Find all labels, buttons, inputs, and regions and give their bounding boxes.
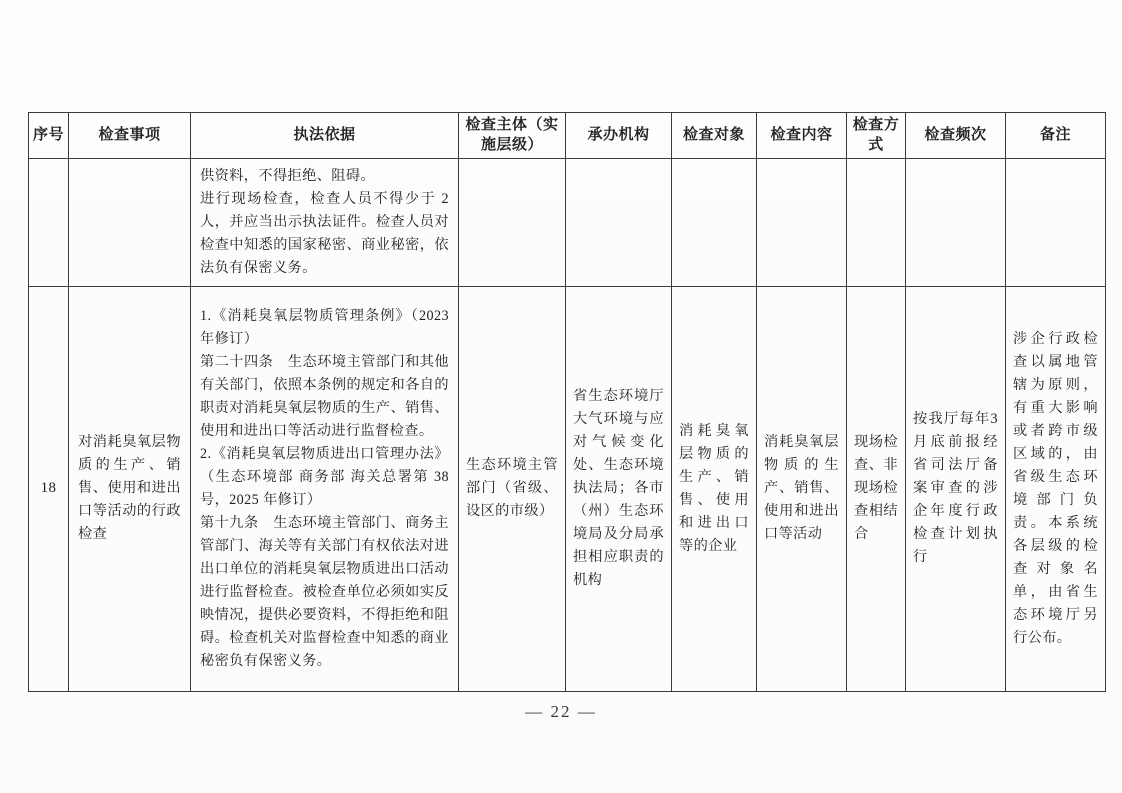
column-header-seq: 序号 — [29, 113, 69, 159]
cell-seq: 18 — [29, 286, 69, 691]
table-row-continuation: 供资料，不得拒绝、阻碍。 进行现场检查，检查人员不得少于 2 人，并应当出示执法… — [29, 158, 1106, 286]
cell-item: 对消耗臭氧层物质的生产、销售、使用和进出口等活动的行政检查 — [69, 286, 191, 691]
column-header-content: 检查内容 — [757, 113, 847, 159]
cell-basis: 1.《消耗臭氧层物质管理条例》（2023年修订） 第二十四条 生态环境主管部门和… — [191, 286, 459, 691]
cell-item — [69, 158, 191, 286]
cell-frequency — [906, 158, 1006, 286]
cell-subject: 生态环境主管部门（省级、设区的市级） — [459, 286, 566, 691]
cell-target — [672, 158, 757, 286]
inspection-items-table: 序号 检查事项 执法依据 检查主体（实施层级） 承办机构 检查对象 检查内容 检… — [28, 112, 1106, 692]
column-header-target: 检查对象 — [672, 113, 757, 159]
table-header-row: 序号 检查事项 执法依据 检查主体（实施层级） 承办机构 检查对象 检查内容 检… — [29, 113, 1106, 159]
table-row-18: 18 对消耗臭氧层物质的生产、销售、使用和进出口等活动的行政检查 1.《消耗臭氧… — [29, 286, 1106, 691]
cell-basis: 供资料，不得拒绝、阻碍。 进行现场检查，检查人员不得少于 2 人，并应当出示执法… — [191, 158, 459, 286]
cell-frequency: 按我厅每年3月底前报经省司法厅备案审查的涉企年度行政检查计划执行 — [906, 286, 1006, 691]
cell-method: 现场检查、非现场检查相结合 — [847, 286, 906, 691]
cell-notes: 涉企行政检查以属地管辖为原则，有重大影响或者跨市级区域的，由省级生态环境部门负责… — [1006, 286, 1106, 691]
column-header-basis: 执法依据 — [191, 113, 459, 159]
column-header-item: 检查事项 — [69, 113, 191, 159]
column-header-subject: 检查主体（实施层级） — [459, 113, 566, 159]
column-header-frequency: 检查频次 — [906, 113, 1006, 159]
cell-method — [847, 158, 906, 286]
page-number: — 22 — — [0, 702, 1122, 722]
scanned-document-page: 序号 检查事项 执法依据 检查主体（实施层级） 承办机构 检查对象 检查内容 检… — [0, 0, 1122, 793]
cell-seq — [29, 158, 69, 286]
cell-content: 消耗臭氧层物质的生产、销售、使用和进出口等活动 — [757, 286, 847, 691]
column-header-method: 检查方式 — [847, 113, 906, 159]
column-header-agency: 承办机构 — [566, 113, 672, 159]
column-header-notes: 备注 — [1006, 113, 1106, 159]
cell-agency: 省生态环境厅大气环境与应对气候变化处、生态环境执法局；各市（州）生态环境局及分局… — [566, 286, 672, 691]
cell-subject — [459, 158, 566, 286]
cell-agency — [566, 158, 672, 286]
cell-content — [757, 158, 847, 286]
cell-notes — [1006, 158, 1106, 286]
cell-target: 消耗臭氧层物质的生产、销售、使用和进出口等的企业 — [672, 286, 757, 691]
